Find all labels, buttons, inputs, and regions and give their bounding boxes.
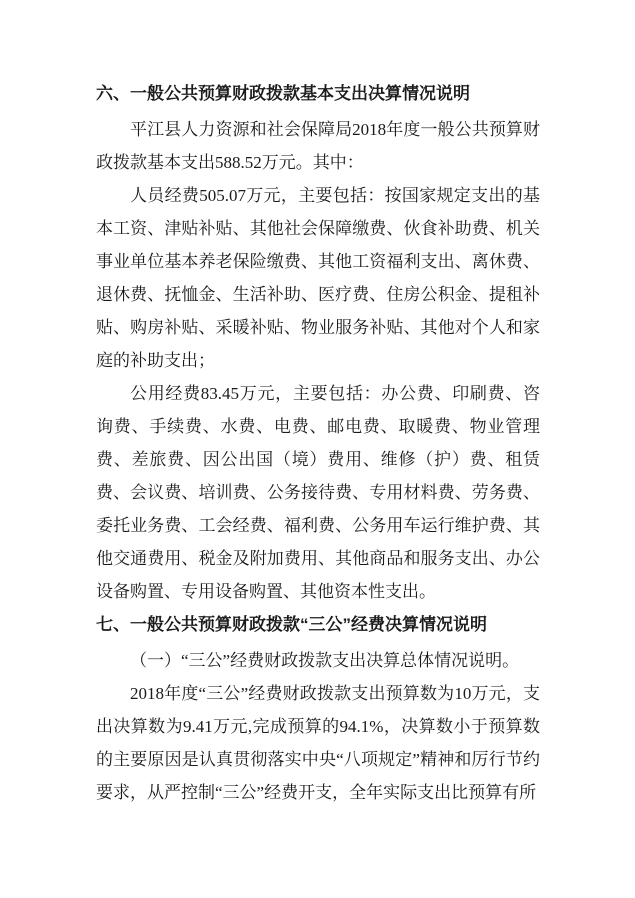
section-heading-three-public-funds: 七、一般公共预算财政拨款“三公”经费决算情况说明 bbox=[96, 608, 540, 641]
paragraph-three-public-budget-figures: 2018年度“三公”经费财政拨款支出预算数为10万元，支出决算数为9.41万元,… bbox=[96, 677, 540, 809]
paragraph-basic-expenditure-total: 平江县人力资源和社会保障局2018年度一般公共预算财政拨款基本支出588.52万… bbox=[96, 113, 540, 179]
paragraph-personnel-expenses: 人员经费505.07万元，主要包括：按国家规定支出的基本工资、津贴补贴、其他社会… bbox=[96, 179, 540, 377]
paragraph-public-expenses: 公用经费83.45万元，主要包括：办公费、印刷费、咨询费、手续费、水费、电费、邮… bbox=[96, 377, 540, 608]
section-heading-basic-expenditure: 六、一般公共预算财政拨款基本支出决算情况说明 bbox=[96, 77, 540, 110]
document-page: 六、一般公共预算财政拨款基本支出决算情况说明 平江县人力资源和社会保障局2018… bbox=[0, 0, 635, 898]
paragraph-three-public-overview-title: （一）“三公”经费财政拨款支出决算总体情况说明。 bbox=[96, 644, 540, 677]
